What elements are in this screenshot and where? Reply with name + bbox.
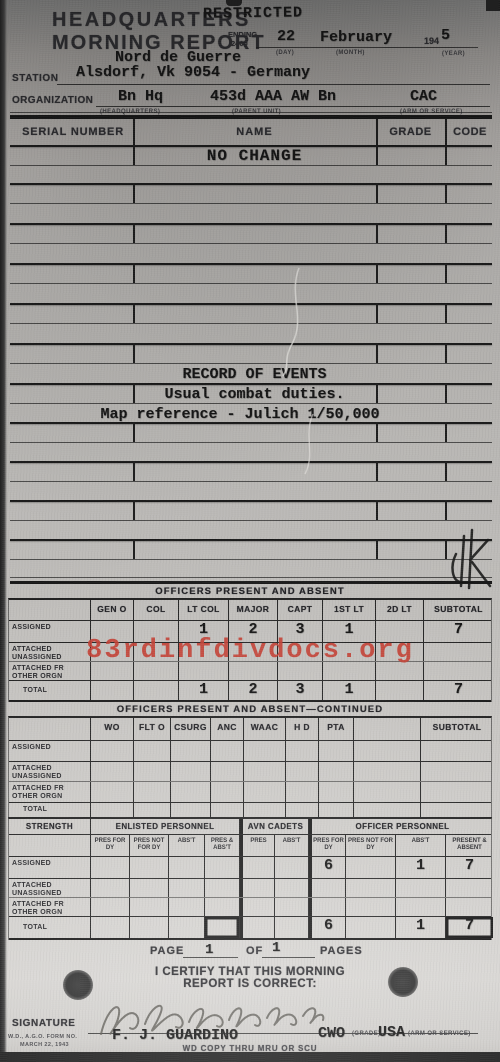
- org-hq-value: Bn Hq: [118, 88, 163, 105]
- table-row: ATTACHED UNASSIGNED: [9, 762, 491, 782]
- form-number: W.D., A.G.O. FORM NO.: [8, 1034, 77, 1040]
- row-label: ASSIGNED: [9, 857, 91, 878]
- ruled-line: [445, 422, 447, 442]
- roster-col-name: NAME: [133, 126, 376, 138]
- officers-continued-col: WAAC: [244, 718, 286, 740]
- ruled-line: [376, 461, 378, 481]
- arm-caption: (ARM OR SERVICE): [408, 1031, 471, 1037]
- ruled-line: [133, 303, 135, 323]
- signed-arm: USA: [378, 1024, 405, 1041]
- officers-col: SUBTOTAL: [424, 600, 493, 620]
- page-label: PAGE: [150, 945, 184, 957]
- strength-col: PRES: [240, 835, 275, 856]
- strength-col: PRESENT & ABSENT: [446, 835, 493, 856]
- organization-label: ORGANIZATION: [12, 95, 93, 106]
- page-value: 1: [205, 942, 213, 958]
- ruled-line: [10, 442, 492, 443]
- officers-col: MAJOR: [229, 600, 278, 620]
- ruled-line: [10, 203, 492, 204]
- ruled-line: [133, 461, 135, 481]
- ruled-line: [133, 500, 135, 520]
- avn-cadets-group-label: AVN CADETS: [240, 819, 309, 834]
- ending-time: 2400: [231, 39, 248, 48]
- section-bar: [10, 581, 492, 584]
- table-row: TOTAL 1 2 3 1 7: [9, 681, 491, 702]
- restricted-stamp: RESTRICTED: [203, 4, 303, 22]
- ruled-line: [376, 303, 378, 323]
- pages-label: PAGES: [320, 945, 363, 957]
- year-prefix: 194: [424, 36, 439, 46]
- officers-continued-col: H D: [286, 718, 319, 740]
- table-row: ATTACHED FR OTHER ORGN: [9, 898, 491, 917]
- handwritten-initials: [448, 528, 498, 590]
- strength-subheader-row: PRES FOR DY PRES NOT FOR DY ABS'T PRES &…: [9, 835, 491, 857]
- row-label: TOTAL: [9, 803, 91, 817]
- ruled-line: [376, 145, 378, 165]
- officers-col: LT COL: [179, 600, 229, 620]
- of-label: OF: [246, 945, 263, 957]
- officers-continued-title: OFFICERS PRESENT AND ABSENT—CONTINUED: [8, 704, 492, 715]
- date-rule: [256, 47, 478, 48]
- scan-edge-bottom: [0, 1052, 500, 1062]
- pages-value: 1: [272, 940, 280, 956]
- ruled-line: [133, 343, 135, 363]
- officers-continued-col: PTA: [319, 718, 354, 740]
- ruled-line: [10, 363, 492, 364]
- ruled-line: [376, 343, 378, 363]
- scan-edge-left: [0, 0, 7, 1062]
- form-date: MARCH 22, 1943: [20, 1042, 69, 1048]
- officer-group-label: OFFICER PERSONNEL: [309, 819, 493, 834]
- ruled-line: [10, 500, 492, 502]
- officers-continued-col: WO: [91, 718, 134, 740]
- strength-col: ABS'T: [169, 835, 205, 856]
- signed-grade: CWO: [318, 1025, 345, 1042]
- ruled-line: [133, 183, 135, 203]
- row-label: ASSIGNED: [9, 741, 91, 761]
- roster-col-serial: SERIAL NUMBER: [18, 126, 128, 138]
- certify-line-2: REPORT IS CORRECT:: [130, 978, 370, 990]
- table-row: TOTAL 6 1 7: [9, 917, 491, 940]
- ruled-line: [10, 183, 492, 185]
- ruled-line: [10, 343, 492, 345]
- ruled-line: [376, 422, 378, 442]
- ruled-line: [10, 263, 492, 265]
- ruled-line: [445, 223, 447, 243]
- strength-col: PRES FOR DY: [91, 835, 130, 856]
- ruled-line: [133, 539, 135, 559]
- officers-col: 1ST LT: [323, 600, 376, 620]
- strength-col: PRES FOR DY: [309, 835, 346, 856]
- officers-continued-col: CSURG: [171, 718, 211, 740]
- row-label: ATTACHED UNASSIGNED: [9, 879, 91, 897]
- strength-header-label: STRENGTH: [9, 819, 91, 834]
- ruled-line: [445, 461, 447, 481]
- ruled-line: [445, 263, 447, 283]
- officers-continued-col: SUBTOTAL: [421, 718, 493, 740]
- officers-continued-col: ANC: [211, 718, 244, 740]
- header-bar: [10, 115, 492, 119]
- ruled-line: [376, 223, 378, 243]
- officers-header-row: GEN O COL LT COL MAJOR CAPT 1ST LT 2D LT…: [9, 600, 491, 621]
- row-label: TOTAL: [9, 917, 91, 938]
- scan-blemish-top: [226, 0, 242, 6]
- station-label: STATION: [12, 73, 59, 84]
- ruled-line: [133, 223, 135, 243]
- archive-watermark: 83rdinfdivdocs.org: [0, 636, 500, 666]
- row-label: ATTACHED UNASSIGNED: [9, 762, 91, 781]
- ruled-line: [445, 183, 447, 203]
- ruled-line: [10, 559, 492, 560]
- events-title: RECORD OF EVENTS: [133, 366, 376, 383]
- strength-col: ABS'T: [275, 835, 309, 856]
- strength-table: STRENGTH ENLISTED PERSONNEL AVN CADETS O…: [8, 817, 492, 940]
- ruled-line: [10, 461, 492, 463]
- ruled-line: [445, 343, 447, 363]
- boxed-total-cell: 7: [446, 917, 493, 938]
- ruled-line: [10, 223, 492, 225]
- morning-report-scan: HEADQUARTERS RESTRICTED MORNING REPORT E…: [0, 0, 500, 1062]
- strength-col: PRES NOT FOR DY: [130, 835, 169, 856]
- signature-label: SIGNATURE: [12, 1018, 76, 1029]
- table-row: ATTACHED UNASSIGNED: [9, 879, 491, 898]
- ruled-line: [10, 323, 492, 324]
- report-day: 22: [277, 28, 295, 45]
- report-year: 5: [441, 27, 450, 44]
- day-caption: (DAY): [276, 50, 294, 56]
- roster-entry-no-change: NO CHANGE: [133, 147, 376, 165]
- ruled-line: [10, 283, 492, 284]
- officers-continued-table: OFFICERS PRESENT AND ABSENT—CONTINUED WO…: [8, 703, 492, 819]
- signed-name: F. J. GUARDINO: [112, 1027, 238, 1044]
- ruled-line: [10, 403, 492, 404]
- punch-hole-right: [388, 967, 418, 997]
- ruled-line: [376, 539, 378, 559]
- ruled-line: [10, 539, 492, 541]
- strength-col: PRES & ABS'T: [205, 835, 240, 856]
- boxed-total-cell: [205, 917, 240, 938]
- events-line-2: Map reference - Julich 1/50,000: [60, 406, 420, 423]
- officers-col: 2D LT: [376, 600, 424, 620]
- officers-col: COL: [134, 600, 179, 620]
- roster-col-code: CODE: [445, 126, 495, 138]
- ruled-line: [10, 243, 492, 244]
- ruled-line: [445, 145, 447, 165]
- strength-col: ABS'T: [396, 835, 446, 856]
- ruled-line: [376, 383, 378, 403]
- scan-blemish-top-right: [486, 0, 500, 11]
- officers-continued-col: FLT O: [134, 718, 171, 740]
- month-caption: (MONTH): [336, 50, 365, 56]
- station-rule: [57, 84, 490, 85]
- row-label: TOTAL: [9, 681, 91, 700]
- ruled-line: [376, 500, 378, 520]
- pages-rule: [262, 957, 315, 958]
- ruled-line: [10, 383, 492, 385]
- enlisted-group-label: ENLISTED PERSONNEL: [91, 819, 240, 834]
- strength-group-header-row: STRENGTH ENLISTED PERSONNEL AVN CADETS O…: [9, 819, 491, 835]
- ruled-line: [445, 500, 447, 520]
- report-month: February: [320, 29, 392, 46]
- roster-col-grade: GRADE: [376, 126, 445, 138]
- grade-caption: (GRADE): [352, 1031, 380, 1037]
- strength-col: PRES NOT FOR DY: [346, 835, 396, 856]
- ruled-line: [10, 481, 492, 482]
- ruled-line: [376, 183, 378, 203]
- ruled-line: [445, 383, 447, 403]
- org-parent-value: 453d AAA AW Bn: [210, 88, 336, 105]
- organization-rule: [96, 106, 490, 107]
- year-caption: (YEAR): [442, 51, 465, 57]
- officers-continued-header-row: WO FLT O CSURG ANC WAAC H D PTA SUBTOTAL: [9, 718, 491, 741]
- station-value: Alsdorf, Vk 9054 - Germany: [76, 64, 310, 81]
- officers-continued-col: [354, 718, 421, 740]
- ruled-line: [10, 165, 492, 166]
- ruled-line: [10, 112, 492, 113]
- certify-line-1: I CERTIFY THAT THIS MORNING: [130, 966, 370, 978]
- ruled-line: [10, 303, 492, 305]
- ruled-line: [10, 577, 492, 578]
- officers-col: GEN O: [91, 600, 134, 620]
- ruled-line: [445, 303, 447, 323]
- officers-col: CAPT: [278, 600, 323, 620]
- punch-hole-left: [63, 970, 93, 1000]
- table-row: ATTACHED FR OTHER ORGN: [9, 782, 491, 803]
- ruled-line: [376, 263, 378, 283]
- ruled-line: [133, 263, 135, 283]
- ending-label: ENDING: [228, 30, 257, 39]
- ruled-line: [10, 520, 492, 521]
- row-label: ATTACHED FR OTHER ORGN: [9, 782, 91, 802]
- org-arm-value: CAC: [410, 88, 437, 105]
- ruled-line: [133, 422, 135, 442]
- officers-table-title: OFFICERS PRESENT AND ABSENT: [8, 586, 492, 597]
- table-row: ASSIGNED 6 1 7: [9, 857, 491, 879]
- events-line-1: Usual combat duties.: [133, 386, 376, 403]
- row-label: ATTACHED FR OTHER ORGN: [9, 898, 91, 916]
- table-row: ASSIGNED: [9, 741, 491, 762]
- ruled-line: [445, 539, 447, 559]
